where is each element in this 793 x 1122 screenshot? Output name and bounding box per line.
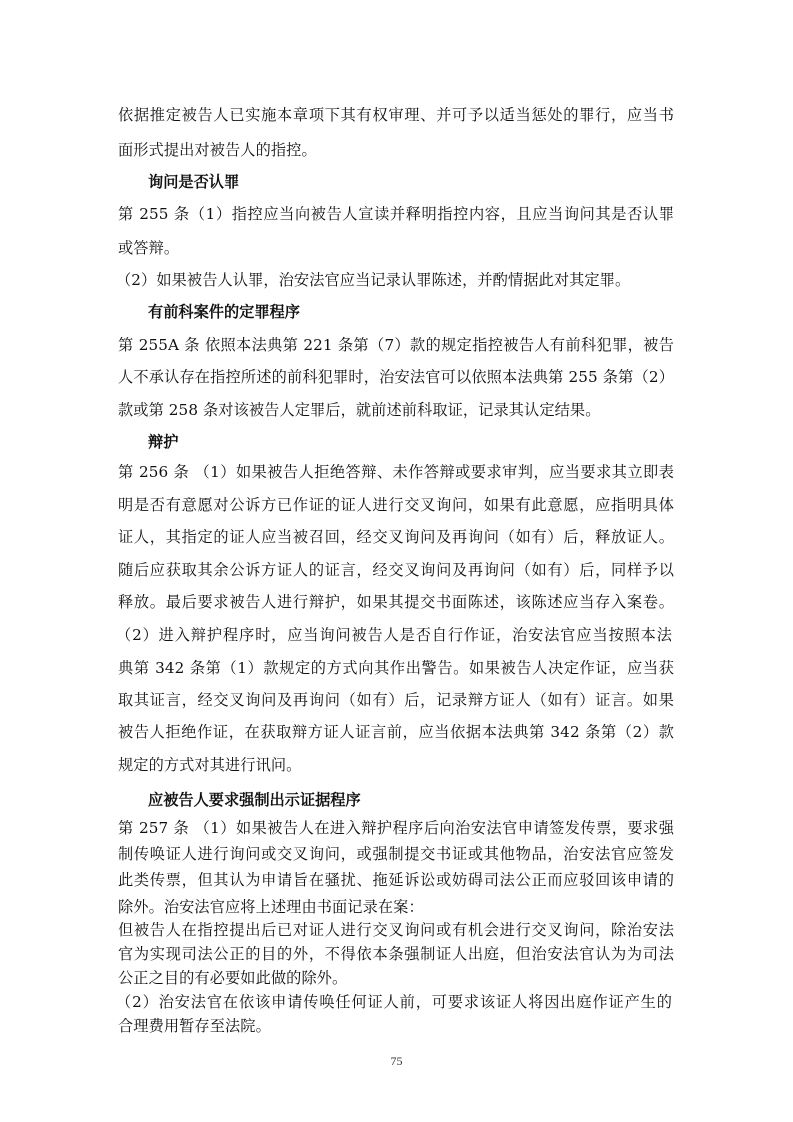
body-text-line: （2）治安法官在依该申请传唤任何证人前，可要求该证人将因出庭作证产生的 (116, 992, 672, 1012)
page-number: 75 (0, 1054, 793, 1069)
body-text-line: 官为实现司法公正的目的外，不得依本条强制证人出庭，但治安法官认为为司法 (118, 944, 674, 964)
body-text-line: 此类传票，但其认为申请旨在骚扰、拖延诉讼或妨碍司法公正而应驳回该申请的 (118, 870, 674, 890)
section-heading: 辩护 (148, 432, 178, 452)
body-text-line: 证人，其指定的证人应当被召回，经交叉询问及再询问（如有）后，释放证人。 (118, 527, 674, 547)
body-text-line: 第 256 条 （1）如果被告人拒绝答辩、未作答辩或要求审判，应当要求其立即表 (118, 462, 674, 482)
body-text-line: 合理费用暂存至法院。 (118, 1016, 674, 1036)
body-text-line: 释放。最后要求被告人进行辩护，如果其提交书面陈述，该陈述应当存入案卷。 (118, 592, 674, 612)
body-text-line: 依据推定被告人已实施本章项下其有权审理、并可予以适当惩处的罪行，应当书 (118, 105, 674, 125)
body-text-line: 制传唤证人进行询问或交叉询问，或强制提交书证或其他物品，治安法官应签发 (118, 844, 674, 864)
body-text-line: 第 255 条（1）指控应当向被告人宣读并释明指控内容，且应当询问其是否认罪 (118, 204, 674, 224)
section-heading: 有前科案件的定罪程序 (148, 302, 300, 322)
body-text-line: 明是否有意愿对公诉方已作证的证人进行交叉询问，如果有此意愿，应指明具体 (118, 495, 674, 515)
body-text-line: （2）进入辩护程序时，应当询问被告人是否自行作证，治安法官应当按照本法 (116, 625, 672, 645)
body-text-line: 面形式提出对被告人的指控。 (118, 140, 674, 160)
body-text-line: 人不承认存在指控所述的前科犯罪时，治安法官可以依照本法典第 255 条第（2） (118, 367, 674, 387)
body-text-line: 随后应获取其余公诉方证人的证言，经交叉询问及再询问（如有）后，同样予以 (118, 560, 674, 580)
body-text-line: 公正之目的有必要如此做的除外。 (118, 968, 674, 988)
body-text-line: 取其证言，经交叉询问及再询问（如有）后，记录辩方证人（如有）证言。如果 (118, 690, 674, 710)
body-text-line: 典第 342 条第（1）款规定的方式向其作出警告。如果被告人决定作证，应当获 (118, 658, 674, 678)
body-text-line: 但被告人在指控提出后已对证人进行交叉询问或有机会进行交叉询问，除治安法 (118, 920, 674, 940)
body-text-line: 被告人拒绝作证，在获取辩方证人证言前，应当依据本法典第 342 条第（2）款 (118, 722, 674, 742)
body-text-line: （2）如果被告人认罪，治安法官应当记录认罪陈述，并酌情据此对其定罪。 (116, 270, 672, 290)
body-text-line: 款或第 258 条对该被告人定罪后，就前述前科取证，记录其认定结果。 (118, 400, 674, 420)
body-text-line: 或答辩。 (118, 238, 674, 258)
body-text-line: 规定的方式对其进行讯问。 (118, 755, 674, 775)
body-text-line: 第 257 条 （1）如果被告人在进入辩护程序后向治安法官申请签发传票，要求强 (118, 818, 674, 838)
document-page: 依据推定被告人已实施本章项下其有权审理、并可予以适当惩处的罪行，应当书面形式提出… (0, 0, 793, 1122)
section-heading: 应被告人要求强制出示证据程序 (148, 790, 361, 810)
section-heading: 询问是否认罪 (148, 172, 239, 192)
body-text-line: 第 255A 条 依照本法典第 221 条第（7）款的规定指控被告人有前科犯罪，… (118, 335, 674, 355)
body-text-line: 除外。治安法官应将上述理由书面记录在案： (118, 897, 674, 917)
